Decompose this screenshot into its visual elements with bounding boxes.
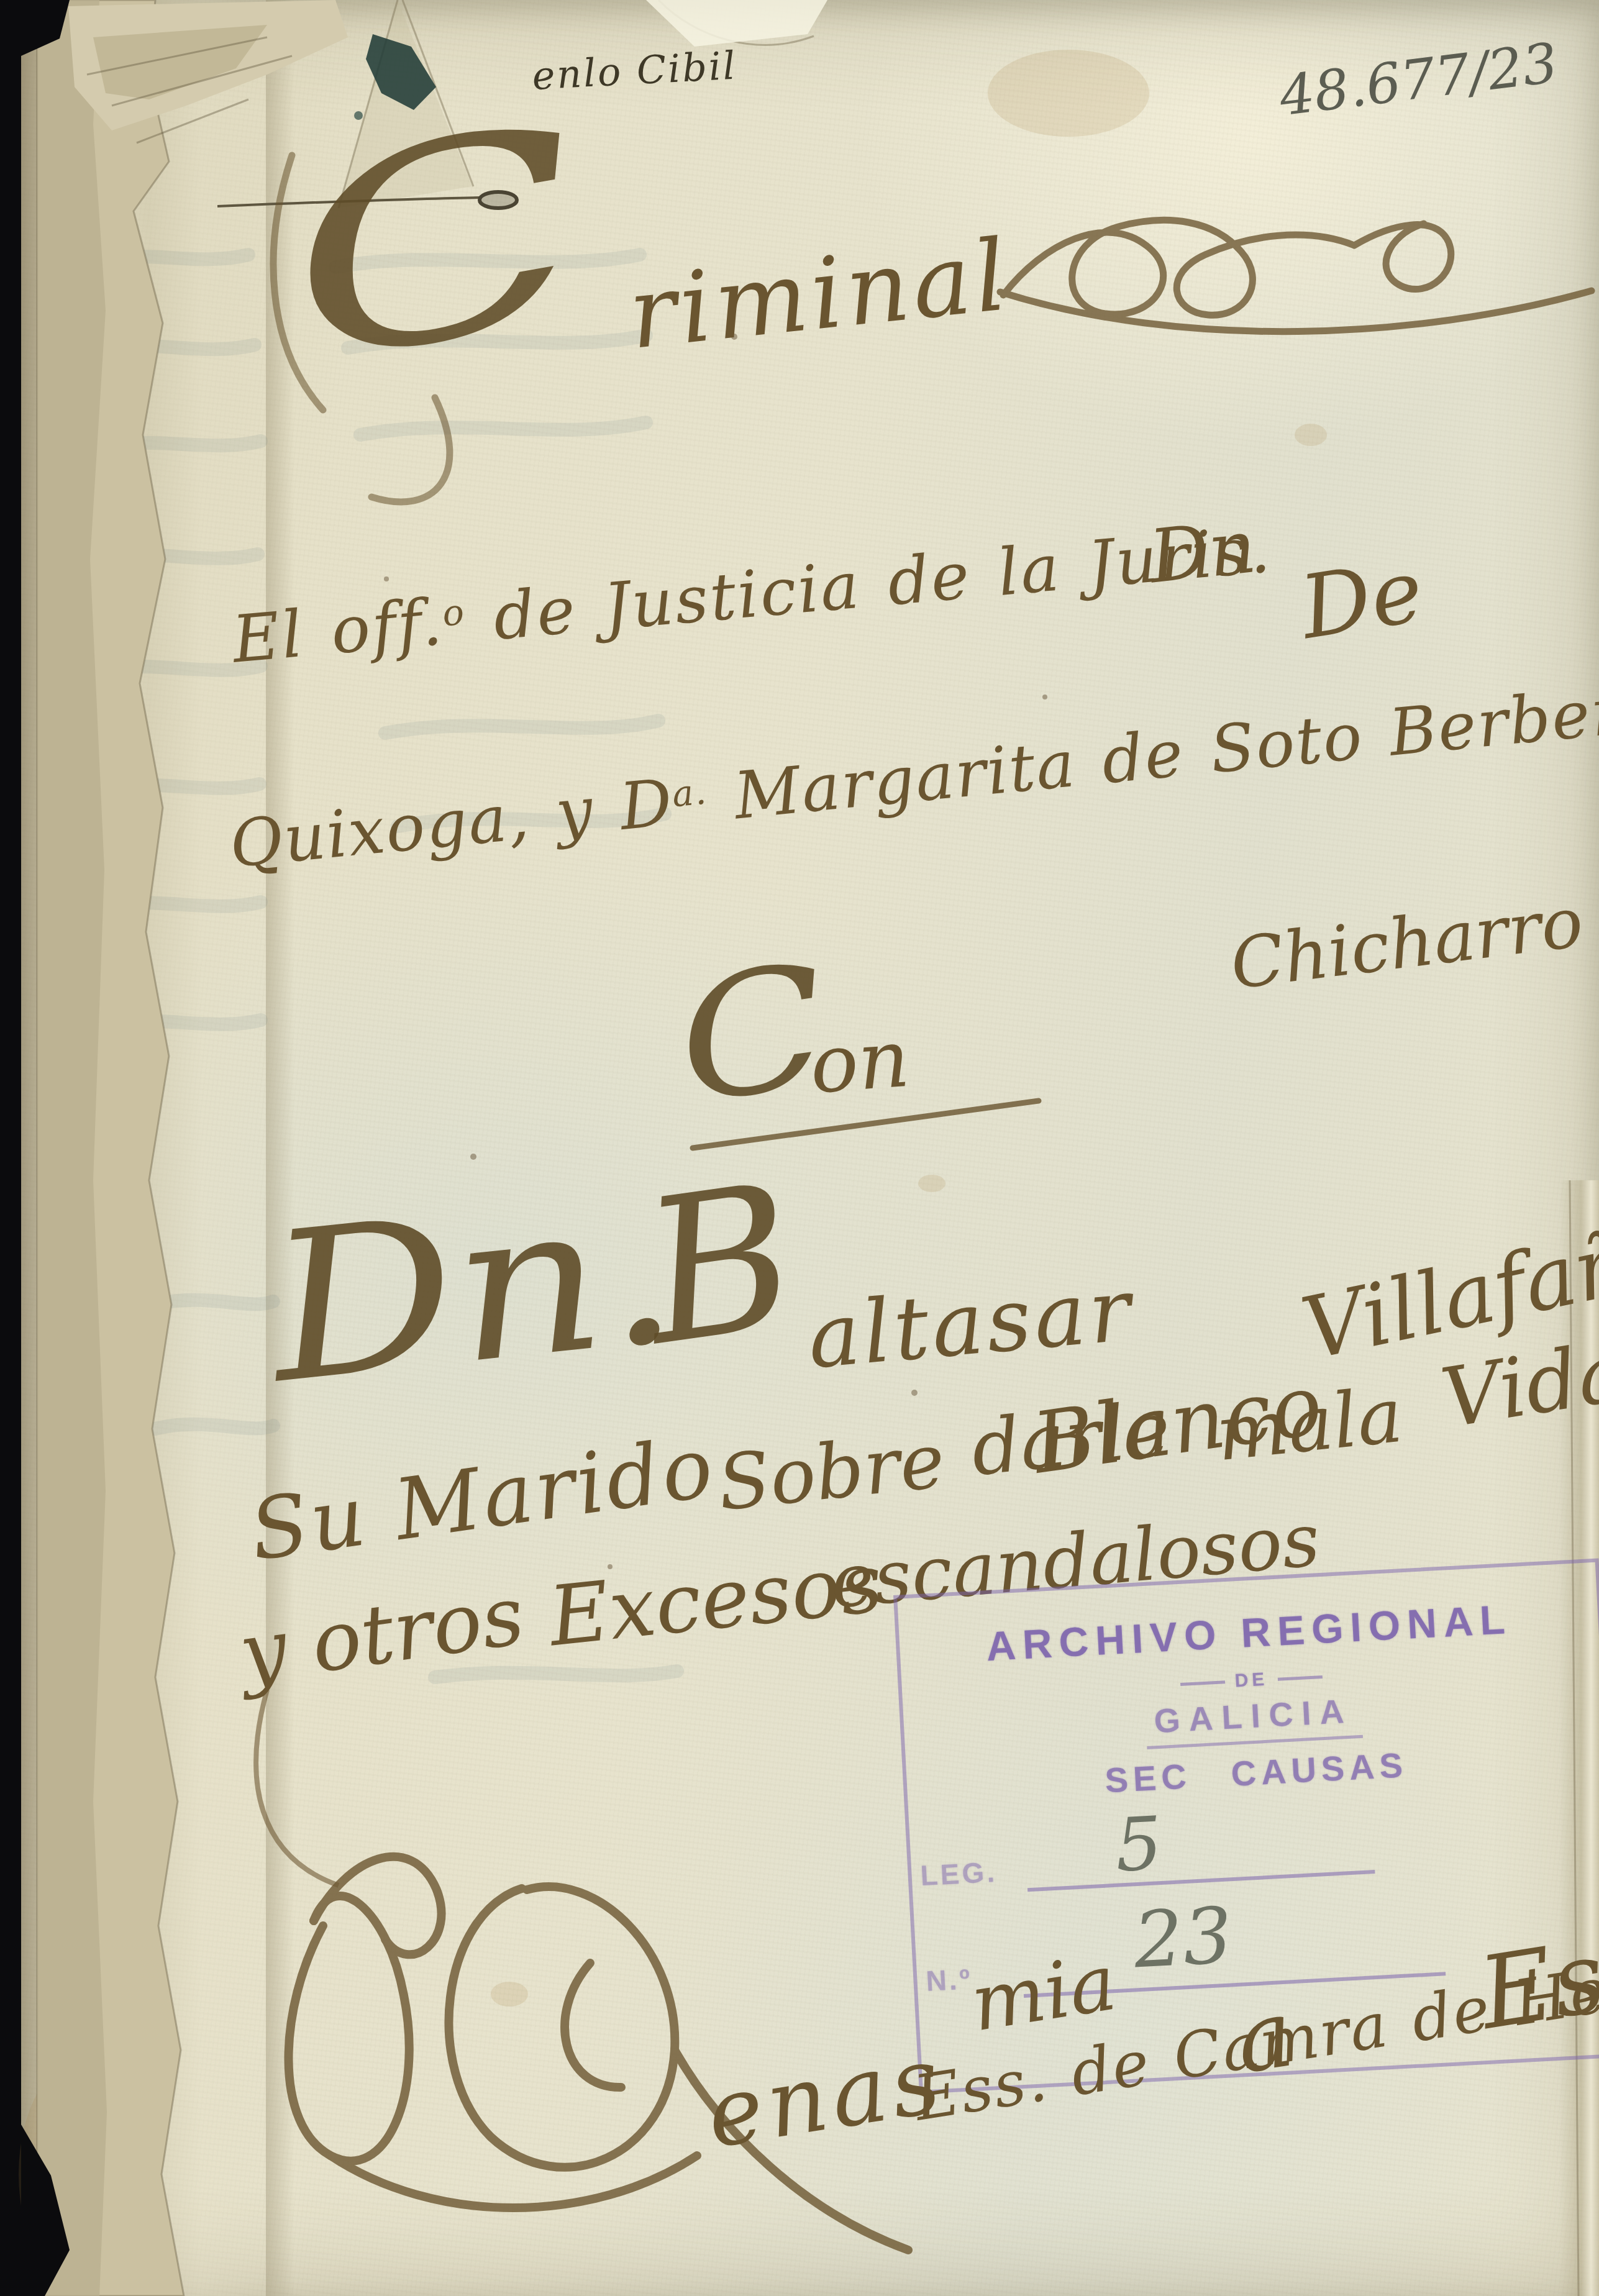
line5-sobre: Sobre (714, 1423, 948, 1522)
binding-spine-shading (21, 0, 288, 2296)
line5-darle: darle (968, 1391, 1173, 1487)
stamp-galicia: GALICIA (1144, 1692, 1362, 1749)
defendant-don: Dn. (261, 1166, 685, 1412)
stamp-de-text: DE (1234, 1669, 1269, 1692)
stamp-causas: CAUSAS (1230, 1744, 1408, 1794)
note-mia: mia (966, 1944, 1121, 2043)
stamp-leg-underline (1027, 1870, 1375, 1892)
vertical-fold-shadow (266, 0, 294, 2296)
stamp-sec: SEC (1104, 1756, 1192, 1800)
stamp-leg-label: LEG. (919, 1855, 998, 1892)
case-line1-sup: o (441, 591, 468, 634)
stamp-dash-right (1278, 1675, 1323, 1681)
stamp-dash-left (1180, 1680, 1225, 1686)
leg-number-handwritten: 5 (1113, 1800, 1164, 1888)
case-line2-sup: a. (670, 771, 709, 815)
de-connector: De (1295, 547, 1429, 652)
case-number-handwritten: 23 (1132, 1891, 1234, 1985)
defendant-firstname: altasar (804, 1267, 1137, 1382)
defendant-initial: B (634, 1157, 806, 1374)
title-initial: C (267, 88, 605, 403)
line5-mala: mala (1213, 1377, 1406, 1472)
con-rest: on (808, 1019, 912, 1106)
annotation-en-lo-civil: enlo Cibil (531, 47, 738, 96)
manuscript-scan: enlo Cibil 48.677/23 C riminal Dn De El … (0, 0, 1599, 2296)
